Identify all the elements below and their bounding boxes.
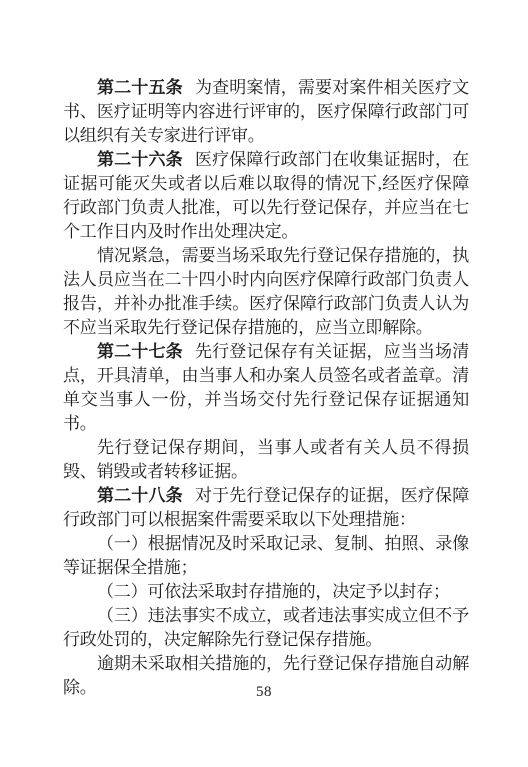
paragraph-text: 情况紧急，需要当场采取先行登记保存措施的，执法人员应当在二十四小时内向医疗保障行… [63, 246, 469, 337]
paragraph-item-3: （三）违法事实不成立，或者违法事实成立但不予行政处罚的，决定解除先行登记保存措施… [63, 604, 469, 652]
document-content: 第二十五条为查明案情，需要对案件相关医疗文书、医疗证明等内容进行评审的，医疗保障… [63, 76, 469, 700]
paragraph-preservation-period: 先行登记保存期间，当事人或者有关人员不得损毁、销毁或者转移证据。 [63, 436, 469, 484]
paragraph-article-28: 第二十八条对于先行登记保存的证据，医疗保障行政部门可以根据案件需要采取以下处理措… [63, 484, 469, 532]
article-number: 第二十七条 [97, 342, 183, 362]
paragraph-text: （三）违法事实不成立，或者违法事实成立但不予行政处罚的，决定解除先行登记保存措施… [63, 606, 469, 649]
paragraph-article-27: 第二十七条先行登记保存有关证据，应当当场清点，开具清单，由当事人和办案人员签名或… [63, 340, 469, 436]
paragraph-article-26: 第二十六条医疗保障行政部门在收集证据时，在证据可能灭失或者以后难以取得的情况下,… [63, 148, 469, 244]
paragraph-article-25: 第二十五条为查明案情，需要对案件相关医疗文书、医疗证明等内容进行评审的，医疗保障… [63, 76, 469, 148]
paragraph-text: （一）根据情况及时采取记录、复制、拍照、录像等证据保全措施； [63, 534, 469, 577]
article-number: 第二十六条 [97, 150, 183, 170]
article-number: 第二十八条 [97, 486, 183, 506]
paragraph-item-2: （二）可依法采取封存措施的，决定予以封存； [63, 580, 469, 604]
paragraph-text: （二）可依法采取封存措施的，决定予以封存； [97, 582, 450, 601]
paragraph-item-1: （一）根据情况及时采取记录、复制、拍照、录像等证据保全措施； [63, 532, 469, 580]
paragraph-urgent-cases: 情况紧急，需要当场采取先行登记保存措施的，执法人员应当在二十四小时内向医疗保障行… [63, 244, 469, 340]
document-page: 第二十五条为查明案情，需要对案件相关医疗文书、医疗证明等内容进行评审的，医疗保障… [0, 0, 528, 767]
page-number: 58 [0, 684, 528, 701]
article-number: 第二十五条 [97, 78, 183, 98]
paragraph-text: 先行登记保存期间，当事人或者有关人员不得损毁、销毁或者转移证据。 [63, 438, 469, 481]
